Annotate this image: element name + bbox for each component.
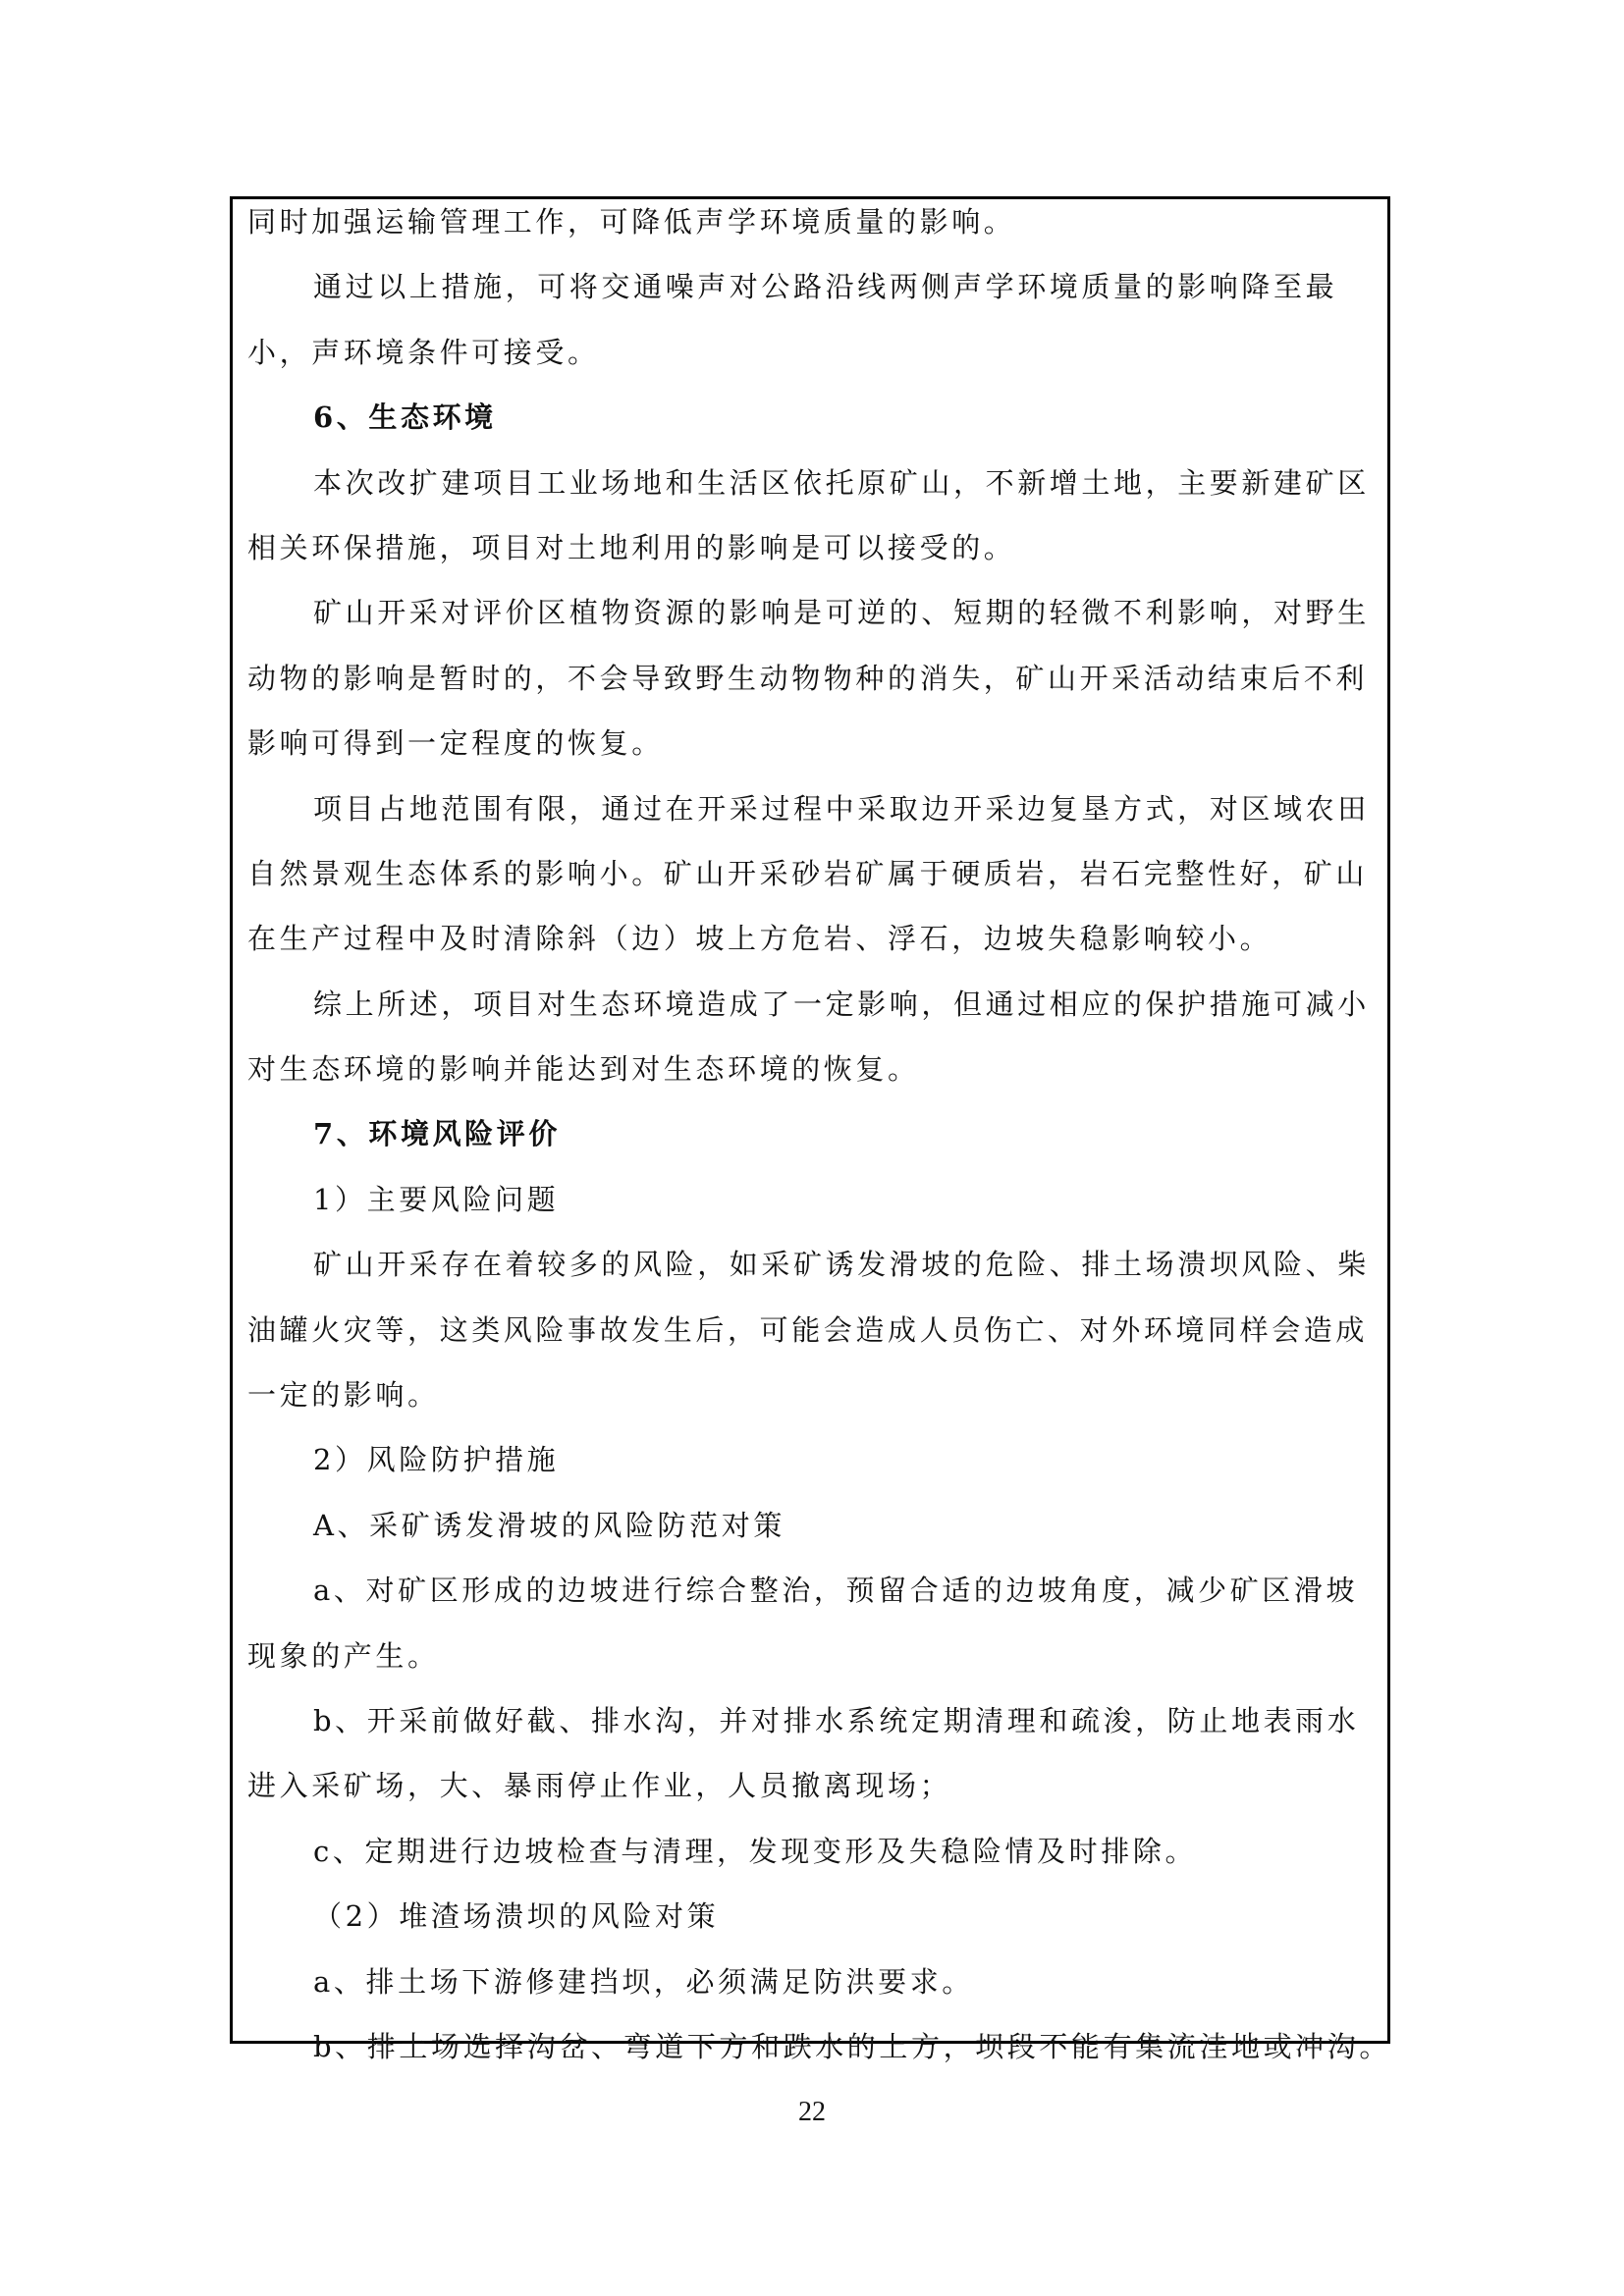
subheading-landslide: A、采矿诱发滑坡的风险防范对策 <box>247 1493 1390 1558</box>
text-line: 同时加强运输管理工作，可降低声学环境质量的影响。 <box>247 189 1390 254</box>
list-item: a、对矿区形成的边坡进行综合整治，预留合适的边坡角度，减少矿区滑坡 <box>247 1558 1390 1623</box>
subheading-main-risks: 1）主要风险问题 <box>247 1167 1390 1232</box>
paragraph-line: 矿山开采存在着较多的风险，如采矿诱发滑坡的危险、排土场溃坝风险、柴 <box>247 1232 1390 1297</box>
section-heading-ecology: 6、生态环境 <box>247 385 1390 450</box>
subheading-dam-failure: （2）堆渣场溃坝的风险对策 <box>247 1884 1390 1949</box>
section-heading-risk: 7、环境风险评价 <box>247 1101 1390 1166</box>
paragraph-line: 项目占地范围有限，通过在开采过程中采取边开采边复垦方式，对区域农田 <box>247 776 1390 841</box>
list-item: a、排土场下游修建挡坝，必须满足防洪要求。 <box>247 1949 1390 2014</box>
paragraph-line: 矿山开采对评价区植物资源的影响是可逆的、短期的轻微不利影响，对野生 <box>247 580 1390 645</box>
page-number: 22 <box>0 2097 1624 2128</box>
list-item: b、开采前做好截、排水沟，并对排水系统定期清理和疏浚，防止地表雨水 <box>247 1688 1390 1753</box>
list-item: b、排土场选择沟岔、弯道下方和跌水的上方，坝段不能有集流洼地或冲沟。 <box>247 2014 1390 2079</box>
text-line: 动物的影响是暂时的，不会导致野生动物物种的消失，矿山开采活动结束后不利 <box>247 646 1390 711</box>
text-line: 在生产过程中及时清除斜（边）坡上方危岩、浮石，边坡失稳影响较小。 <box>247 906 1390 971</box>
document-body: 同时加强运输管理工作，可降低声学环境质量的影响。 通过以上措施，可将交通噪声对公… <box>247 189 1390 2079</box>
text-line: 对生态环境的影响并能达到对生态环境的恢复。 <box>247 1037 1390 1101</box>
paragraph-line: 综上所述，项目对生态环境造成了一定影响，但通过相应的保护措施可减小 <box>247 972 1390 1037</box>
text-line: 小，声环境条件可接受。 <box>247 320 1390 385</box>
text-line: 影响可得到一定程度的恢复。 <box>247 711 1390 775</box>
text-line: 油罐火灾等，这类风险事故发生后，可能会造成人员伤亡、对外环境同样会造成 <box>247 1298 1390 1362</box>
paragraph-line: 通过以上措施，可将交通噪声对公路沿线两侧声学环境质量的影响降至最 <box>247 254 1390 319</box>
text-line: 一定的影响。 <box>247 1362 1390 1427</box>
paragraph-line: 本次改扩建项目工业场地和生活区依托原矿山，不新增土地，主要新建矿区 <box>247 451 1390 515</box>
subheading-risk-measures: 2）风险防护措施 <box>247 1427 1390 1492</box>
text-line: 进入采矿场，大、暴雨停止作业，人员撤离现场； <box>247 1753 1390 1818</box>
text-line: 现象的产生。 <box>247 1624 1390 1688</box>
text-line: 自然景观生态体系的影响小。矿山开采砂岩矿属于硬质岩，岩石完整性好，矿山 <box>247 841 1390 906</box>
text-line: 相关环保措施，项目对土地利用的影响是可以接受的。 <box>247 515 1390 580</box>
list-item: c、定期进行边坡检查与清理，发现变形及失稳险情及时排除。 <box>247 1819 1390 1884</box>
